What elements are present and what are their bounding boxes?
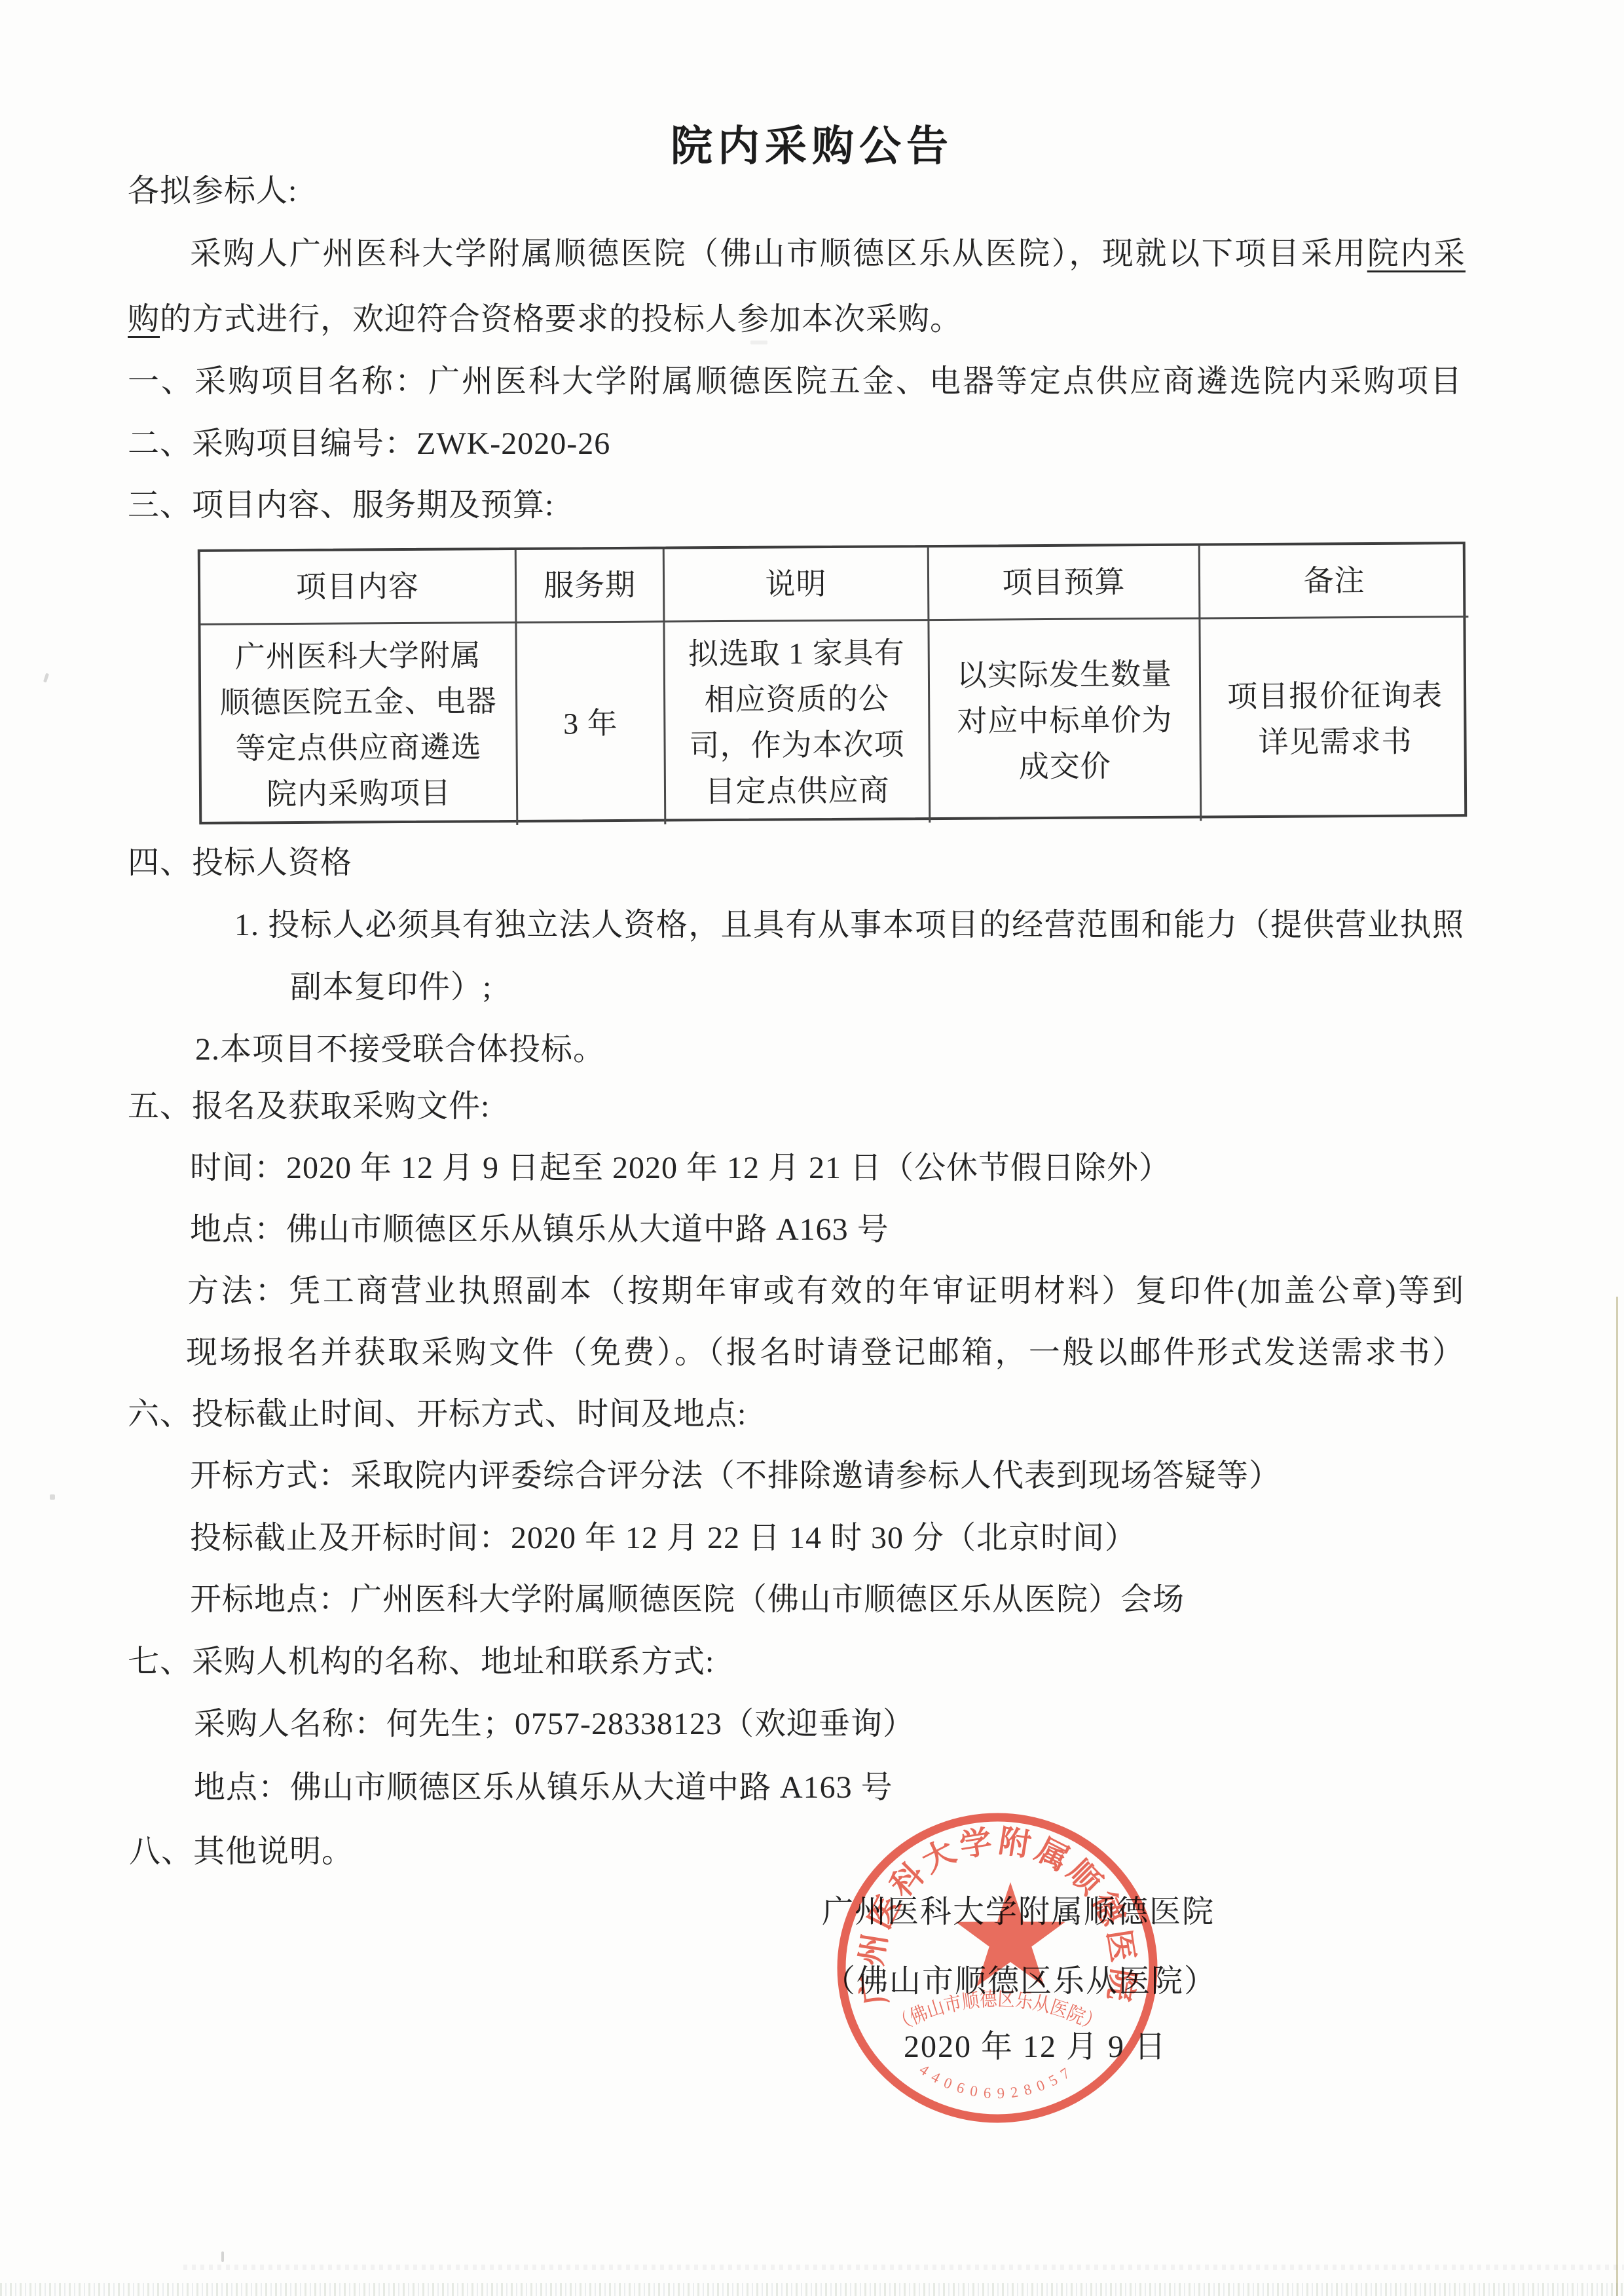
- section-4-point1-line2: 副本复印件）;: [290, 968, 492, 1007]
- scan-noise-band-2: [183, 2265, 1624, 2270]
- table-cell-budget: 以实际发生数量 对应中标单价为 成交价: [929, 620, 1202, 823]
- scan-speck: [750, 341, 767, 344]
- section-6-venue: 开标地点：广州医科大学附属顺德医院（佛山市顺德区乐从医院）会场: [190, 1580, 1185, 1620]
- section-4-point2: 2.本项目不接受联合体投标。: [195, 1030, 605, 1069]
- section-6-method: 开标方式：采取院内评委综合评分法（不排除邀请参标人代表到现场答疑等）: [190, 1456, 1281, 1496]
- stamp-inner-text: （佛山市顺德区乐从医院）: [890, 1988, 1105, 2036]
- section-5-time: 时间：2020 年 12 月 9 日起至 2020 年 12 月 21 日（公休…: [190, 1149, 1171, 1188]
- table-header-description: 说明: [665, 547, 930, 622]
- section-5-heading: 五、报名及获取采购文件:: [128, 1087, 490, 1126]
- section-8: 八、其他说明。: [129, 1832, 354, 1872]
- table-cell-content: 广州医科大学附属 顺德医院五金、电器 等定点供应商遴选 院内采购项目: [200, 623, 518, 827]
- stamp-serial-number: 440606928057: [917, 2061, 1079, 2102]
- table-cell-service-period: 3 年: [517, 623, 666, 825]
- intro-line-2-underlined: 购: [128, 302, 160, 337]
- scan-speck: [221, 2251, 224, 2262]
- section-7-contact: 采购人名称：何先生；0757-28338123（欢迎垂询）: [194, 1705, 915, 1744]
- scan-speck: [50, 1494, 55, 1500]
- scan-speck: [43, 673, 49, 683]
- section-6-deadline: 投标截止及开标时间：2020 年 12 月 22 日 14 时 30 分（北京时…: [190, 1519, 1137, 1558]
- project-table: 项目内容 服务期 说明 项目预算 备注 广州医科大学附属 顺德医院五金、电器 等…: [198, 542, 1467, 824]
- salutation: 各拟参标人:: [128, 172, 297, 211]
- scan-noise-band: [0, 2283, 1624, 2296]
- section-1: 一、采购项目名称：广州医科大学附属顺德医院五金、电器等定点供应商遴选院内采购项目: [128, 362, 1462, 401]
- table-cell-remarks: 项目报价征询表 详见需求书: [1200, 618, 1469, 821]
- intro-line-1: 采购人广州医科大学附属顺德医院（佛山市顺德区乐从医院），现就以下项目采用院内采: [190, 234, 1466, 274]
- page-title: 院内采购公告: [0, 113, 1624, 173]
- section-2: 二、采购项目编号：ZWK-2020-26: [128, 424, 610, 464]
- section-5-place: 地点：佛山市顺德区乐从镇乐从大道中路 A163 号: [190, 1210, 889, 1250]
- document-page: 院内采购公告 各拟参标人: 采购人广州医科大学附属顺德医院（佛山市顺德区乐从医院…: [0, 0, 1624, 2296]
- table-header-content: 项目内容: [200, 550, 517, 625]
- section-3: 三、项目内容、服务期及预算:: [128, 486, 554, 525]
- intro-line-2-text: 的方式进行，欢迎符合资格要求的投标人参加本次采购。: [160, 302, 962, 337]
- table-header-budget: 项目预算: [929, 546, 1201, 621]
- table-cell-description: 拟选取 1 家具有 相应资质的公 司，作为本次项 目定点供应商: [665, 621, 931, 824]
- intro-line-1-text: 采购人广州医科大学附属顺德医院（佛山市顺德区乐从医院），现就以下项目采用: [190, 236, 1367, 271]
- section-6-heading: 六、投标截止时间、开标方式、时间及地点:: [128, 1395, 747, 1434]
- section-4-point1-line1: 1. 投标人必须具有独立法人资格，且具有从事本项目的经营范围和能力（提供营业执照: [234, 906, 1464, 945]
- intro-line-2: 购的方式进行，欢迎符合资格要求的投标人参加本次采购。: [128, 300, 962, 339]
- stamp-star-icon: [955, 1882, 1065, 1986]
- section-5-method-line2: 现场报名并获取采购文件（免费）。（报名时请登记邮箱，一般以邮件形式发送需求书）: [186, 1333, 1464, 1373]
- table-header-remarks: 备注: [1200, 544, 1469, 619]
- scanned-procurement-notice: { "title": "院内采购公告", "salutation": "各拟参标…: [0, 0, 1624, 2296]
- scan-edge-artifact: [1616, 1297, 1618, 2296]
- official-seal-stamp: 广州医科大学附属顺德医院 （佛山市顺德区乐从医院） 440606928057: [827, 1805, 1168, 2130]
- section-7-heading: 七、采购人机构的名称、地址和联系方式:: [128, 1642, 714, 1682]
- intro-line-1-underlined: 院内采: [1367, 236, 1466, 271]
- svg-text:440606928057: 440606928057: [917, 2061, 1079, 2102]
- svg-text:（佛山市顺德区乐从医院）: （佛山市顺德区乐从医院）: [890, 1988, 1105, 2036]
- section-5-method-line1: 方法：凭工商营业执照副本（按期年审或有效的年审证明材料）复印件(加盖公章)等到: [187, 1272, 1464, 1311]
- section-4-heading: 四、投标人资格: [128, 843, 352, 883]
- table-header-service-period: 服务期: [517, 549, 665, 623]
- section-7-address: 地点：佛山市顺德区乐从镇乐从大道中路 A163 号: [194, 1768, 893, 1807]
